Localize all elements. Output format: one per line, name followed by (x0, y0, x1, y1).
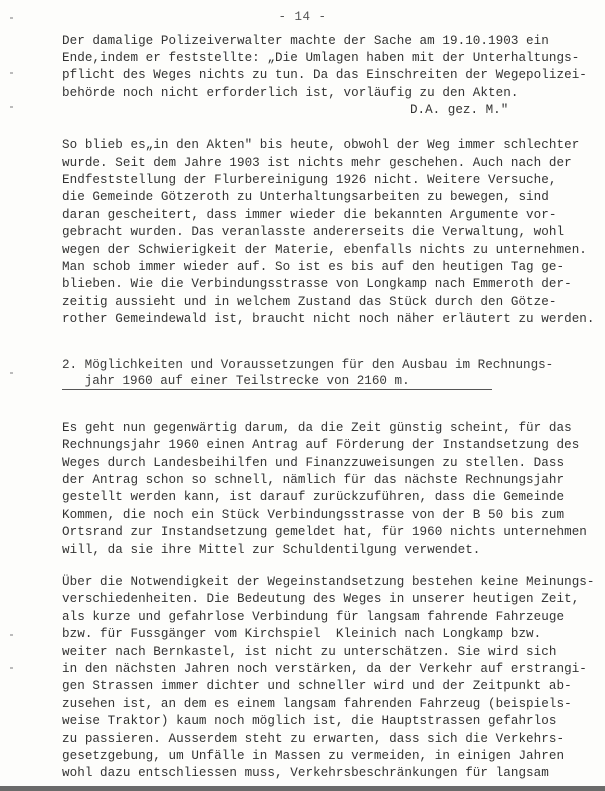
heading-line: 2. Möglichkeiten und Voraussetzungen für… (62, 358, 553, 372)
text-line: will, da sie ihre Mittel zur Schuldentil… (62, 543, 480, 558)
text-line: wurde. Seit dem Jahre 1903 ist nichts me… (62, 156, 572, 171)
margin-speck (10, 634, 13, 636)
text-line: gen Strassen immer dichter und schneller… (62, 679, 572, 694)
text-line: Es geht nun gegenwärtig darum, da die Ze… (62, 421, 572, 436)
text-line: der Antrag schon so schnell, nämlich für… (62, 473, 564, 488)
text-line: Man schob immer wieder auf. So ist es bi… (62, 260, 564, 275)
text-line: Ortsrand zur Instandsetzung gemeldet hat… (62, 525, 587, 540)
margin-speck (10, 106, 13, 108)
text-line: daran gescheitert, dass immer wieder die… (62, 208, 557, 223)
text-line: Kommen, die noch ein Stück Verbindungsst… (62, 508, 564, 523)
text-line: zusehen ist, an dem es einem langsam fah… (62, 697, 572, 712)
text-line: Ende,indem er feststellte: „Die Umlagen … (62, 51, 579, 66)
text-line: weise Traktor) kaum noch möglich ist, di… (62, 714, 557, 729)
text-line: gebracht wurden. Das veranlasste anderer… (62, 225, 564, 240)
text-line: Endfeststellung der Flurbereinigung 1926… (62, 173, 557, 188)
text-line: wegen der Schwierigkeit der Materie, ebe… (62, 243, 587, 258)
text-line: die Gemeinde Götzeroth zu Unterhaltungsa… (62, 190, 549, 205)
text-line: in den nächsten Jahren noch verstärken, … (62, 662, 587, 677)
text-line: zu passieren. Ausserdem steht zu erwarte… (62, 732, 564, 747)
signature: D.A. gez. M." (410, 103, 508, 117)
text-line: So blieb es„in den Akten" bis heute, obw… (62, 138, 579, 153)
margin-speck (10, 667, 13, 669)
margin-speck (10, 17, 13, 19)
text-line: Der damalige Polizeiverwalter machte der… (62, 34, 549, 49)
text-line: zeitig aussieht und in welchem Zustand d… (62, 295, 557, 310)
text-line: Rechnungsjahr 1960 einen Antrag auf Förd… (62, 438, 579, 453)
text-line: gestellt werden kann, ist darauf zurückz… (62, 490, 564, 505)
text-line: rother Gemeindewald ist, braucht nicht n… (62, 312, 595, 327)
margin-speck (10, 72, 13, 74)
heading-line: jahr 1960 auf einer Teilstrecke von 2160… (62, 374, 410, 388)
document-page: - 14 - Der damalige Polizeiverwalter mac… (0, 0, 605, 791)
text-line: bzw. für Fussgänger vom Kirchspiel Klein… (62, 627, 541, 642)
text-line: blieben. Wie die Verbindungsstrasse von … (62, 277, 572, 292)
text-line: pflicht des Weges nichts zu tun. Da das … (62, 68, 587, 83)
text-line: Über die Notwendigkeit der Wegeinstandse… (62, 575, 595, 590)
text-line: als kurze und gefahrlose Verbindung für … (62, 610, 564, 625)
text-line: weiter nach Bernkastel, ist nicht zu unt… (62, 645, 557, 660)
heading-underline (62, 389, 492, 390)
text-line: wohl dazu entschliessen muss, Verkehrsbe… (62, 766, 549, 781)
margin-speck (10, 372, 13, 374)
text-line: Weges durch Landesbeihilfen und Finanzzu… (62, 456, 564, 471)
page-number: - 14 - (0, 10, 605, 24)
text-line: behörde noch nicht erforderlich ist, vor… (62, 86, 518, 101)
text-line: gesetzgebung, um Unfälle in Massen zu ve… (62, 749, 564, 764)
text-line: verschiedenheiten. Die Bedeutung des Weg… (62, 592, 579, 607)
scan-bottom-edge (0, 786, 605, 791)
